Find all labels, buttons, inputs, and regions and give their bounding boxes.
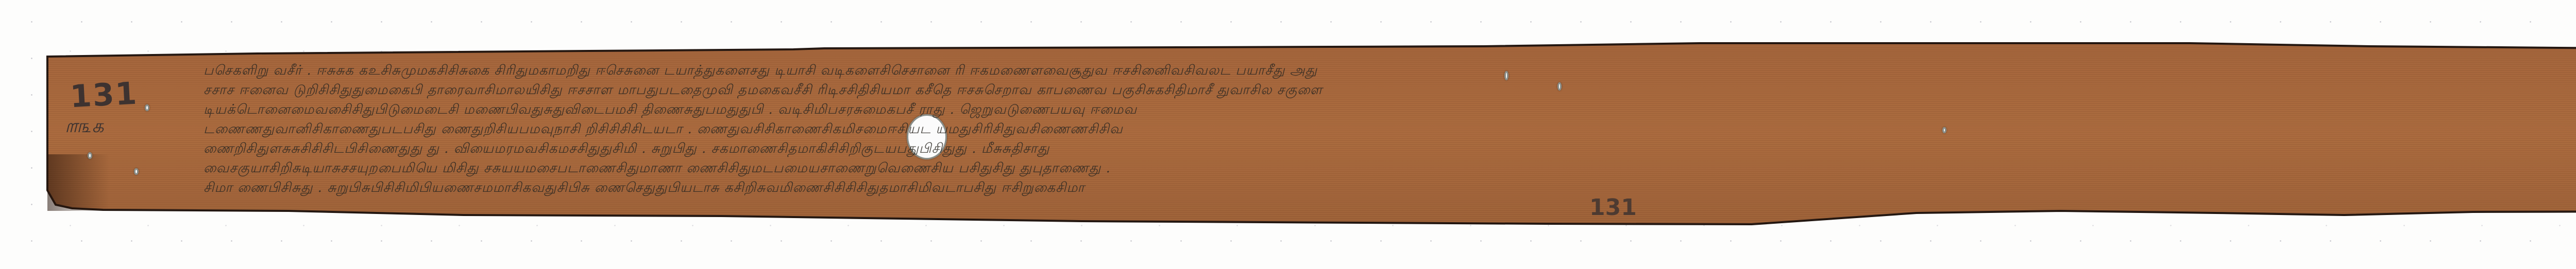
pin-hole	[88, 152, 92, 159]
pin-hole	[145, 104, 149, 111]
text-line: சிமா ணைபிசிசுது . சுறுபிசுபிசிசிமிபியணைச…	[204, 178, 2576, 198]
text-line: டணைணதுவானிசிகாணைதுபடபசிது ணைதுறிசியபமவுந…	[204, 119, 2576, 139]
manuscript-text: பசெகளிறு வசீர் . ஈசுசுக கஉசிசுமுமகசிசிசு…	[204, 61, 2576, 198]
folio-number-bottom: 131	[1589, 194, 1637, 221]
text-line: வைசகுயாசிறிசுடியாசுசசயுறபைமியெ மிசிது சச…	[204, 158, 2576, 178]
pin-hole	[134, 168, 139, 175]
text-line: டியக்டொனைமைவசிைசிதுபிடுமைடைசி மணைபிவதுசு…	[204, 100, 2576, 119]
palm-leaf: 131 ௱௩௧ பசெகளிறு வசீர் . ஈசுசுக கஉசிசுமு…	[0, 0, 2576, 269]
folio-number-left: 131	[69, 76, 139, 115]
folio-number-left-tamil: ௱௩௧	[65, 116, 104, 139]
text-line: சசாச ஈனைவ டுறிசிசிதுதுமைகைபி தாரைவாசிமால…	[204, 80, 2576, 100]
text-line: ணைறிசிதுளசுசுசிசிசிடபிசிணைதுது து . வியை…	[204, 139, 2576, 158]
text-line: பசெகளிறு வசீர் . ஈசுசுக கஉசிசுமுமகசிசிசு…	[204, 61, 2576, 80]
